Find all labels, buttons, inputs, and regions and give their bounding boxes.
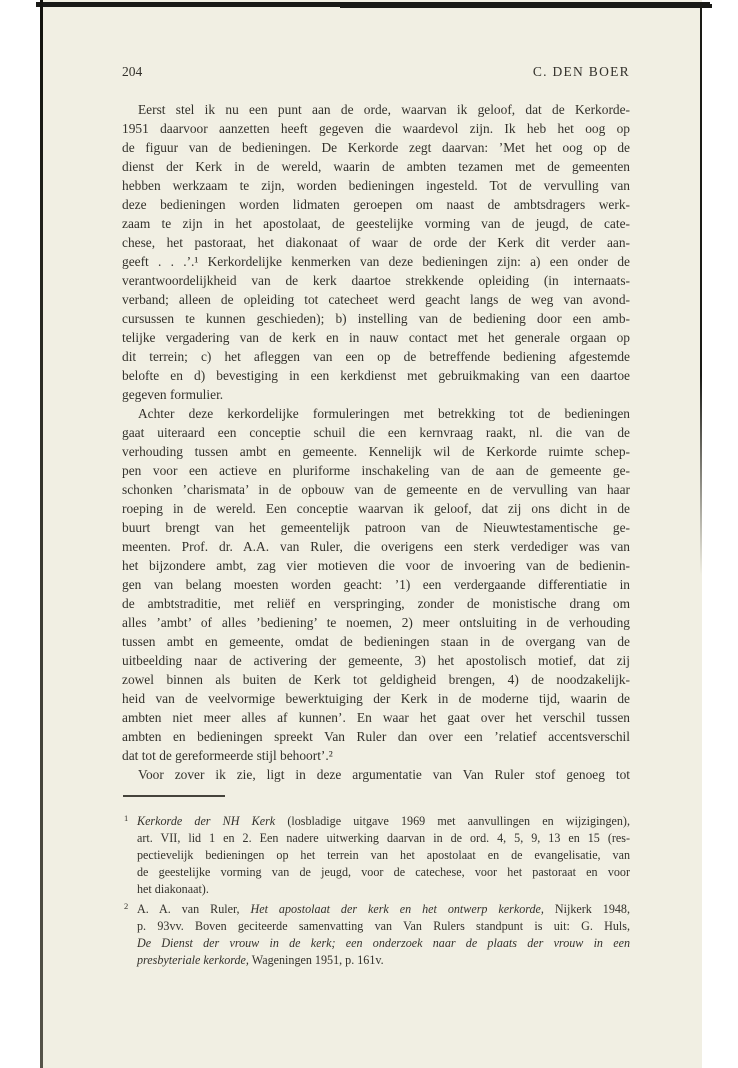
text-line: roeping in de wereld. Een conceptie waar…	[122, 499, 630, 518]
text-line: Voor zover ik zie, ligt in deze argument…	[122, 765, 630, 784]
footnote-text: Nijkerk 1948,	[544, 902, 630, 916]
text-line: zaam te zijn in het apostolaat, de geest…	[122, 214, 630, 233]
text-line: hebben werkzaam te zijn, worden bedienin…	[122, 176, 630, 195]
footnote-text: Wageningen 1951, p. 161v.	[249, 953, 384, 967]
text-line: ambten en bedieningen spreekt Van Ruler …	[122, 727, 630, 746]
text-line: pen voor een actieve en pluriforme insch…	[122, 461, 630, 480]
text-line: dit terrein; c) het afleggen van een op …	[122, 347, 630, 366]
text-line: deze bedieningen worden lidmaten geroepe…	[122, 195, 630, 214]
text-line: verband; alleen de opleiding tot cateche…	[122, 290, 630, 309]
footnote-line: De Dienst der vrouw in de kerk; een onde…	[137, 935, 630, 952]
footnote-line: het diakonaat).	[137, 881, 630, 898]
text-line: buurt brengt van het gemeentelijk patroo…	[122, 518, 630, 537]
text-line: meenten. Prof. dr. A.A. van Ruler, die o…	[122, 537, 630, 556]
footnote-line: 2A. A. van Ruler, Het apostolaat der ker…	[137, 898, 630, 918]
footnote: 2A. A. van Ruler, Het apostolaat der ker…	[122, 898, 630, 969]
paragraph: Voor zover ik zie, ligt in deze argument…	[122, 765, 630, 784]
text-line: ambten niet meer alles af kunnen’. En wa…	[122, 708, 630, 727]
footnote-line: 1Kerkorde der NH Kerk (losbladige uitgav…	[137, 810, 630, 830]
text-line: chese, het pastoraat, het diakonaat of w…	[122, 233, 630, 252]
text-line: alles ’ambt’ of alles ’bediening’ te noe…	[122, 613, 630, 632]
text-line: 1951 daarvoor aanzetten heeft gegeven di…	[122, 119, 630, 138]
footnote-separator	[123, 795, 225, 797]
page-right-edge-shadow	[700, 5, 702, 575]
text-line: gegeven formulier.	[122, 385, 630, 404]
footnotes-section: 1Kerkorde der NH Kerk (losbladige uitgav…	[122, 810, 630, 969]
paragraph: Achter deze kerkordelijke formuleringen …	[122, 404, 630, 765]
text-column: 204 C. DEN BOER Eerst stel ik nu een pun…	[122, 62, 630, 969]
footnote-text-italic: presbyteriale kerkorde,	[137, 953, 249, 967]
text-line: cursussen te kunnen geschieden); b) inst…	[122, 309, 630, 328]
text-line: de ambtstraditie, met reliëf en versprin…	[122, 594, 630, 613]
text-line: zowel binnen als buiten de Kerk tot geld…	[122, 670, 630, 689]
text-line: schonken ’charismata’ in de opbouw van d…	[122, 480, 630, 499]
footnote-text: het diakonaat).	[137, 882, 209, 896]
footnote-text: (losbladige uitgave 1969 met aanvullinge…	[275, 814, 630, 828]
text-line: dienst der Kerk in de wereld, waarin de …	[122, 157, 630, 176]
text-line: gaat uiteraard een conceptie schuil die …	[122, 423, 630, 442]
text-line: Eerst stel ik nu een punt aan de orde, w…	[122, 100, 630, 119]
running-head-author: C. DEN BOER	[533, 62, 630, 82]
footnote-text: A. A. van Ruler,	[137, 902, 251, 916]
footnote-marker: 1	[124, 810, 137, 827]
page-number: 204	[122, 62, 142, 82]
text-line: geeft . . .’.¹ Kerkordelijke kenmerken v…	[122, 252, 630, 271]
body-text: Eerst stel ik nu een punt aan de orde, w…	[122, 100, 630, 784]
text-line: Achter deze kerkordelijke formuleringen …	[122, 404, 630, 423]
footnote: 1Kerkorde der NH Kerk (losbladige uitgav…	[122, 810, 630, 898]
footnote-text-italic: Kerkorde der NH Kerk	[137, 814, 275, 828]
text-line: heid van de veelvormige bewerktuiging de…	[122, 689, 630, 708]
text-line: gen van belang moesten worden geacht: ’1…	[122, 575, 630, 594]
footnote-text: p. 93vv. Boven geciteerde samenvatting v…	[137, 919, 630, 933]
footnote-line: pectievelijk bedieningen op het terrein …	[137, 847, 630, 864]
text-line: verhouding tussen ambt en gemeente. Kenn…	[122, 442, 630, 461]
footnote-text-italic: Het apostolaat der kerk en het ontwerp k…	[251, 902, 544, 916]
footnote-text: pectievelijk bedieningen op het terrein …	[137, 848, 630, 862]
scanned-page: 204 C. DEN BOER Eerst stel ik nu een pun…	[40, 0, 702, 1068]
text-line: belofte en d) bevestiging in een kerkdie…	[122, 366, 630, 385]
text-line: dat tot de gereformeerde stijl behoort’.…	[122, 746, 630, 765]
footnote-text: art. VII, lid 1 en 2. Een nadere uitwerk…	[137, 831, 630, 845]
footnote-line: presbyteriale kerkorde, Wageningen 1951,…	[137, 952, 630, 969]
footnote-marker: 2	[124, 898, 137, 915]
running-head: 204 C. DEN BOER	[122, 62, 630, 82]
page-top-edge-shadow-segment	[340, 4, 712, 8]
text-line: uitbeelding naar de activering der gemee…	[122, 651, 630, 670]
text-line: verantwoordelijkheid van de kerk daartoe…	[122, 271, 630, 290]
text-line: het bijzondere ambt, zag vier motieven d…	[122, 556, 630, 575]
page-left-edge-shadow	[40, 0, 43, 1068]
footnote-text: de geestelijke vorming van de jeugd, voo…	[137, 865, 630, 879]
paragraph: Eerst stel ik nu een punt aan de orde, w…	[122, 100, 630, 404]
footnote-line: p. 93vv. Boven geciteerde samenvatting v…	[137, 918, 630, 935]
footnote-line: de geestelijke vorming van de jeugd, voo…	[137, 864, 630, 881]
footnote-text-italic: De Dienst der vrouw in de kerk; een onde…	[137, 936, 630, 950]
text-line: de figuur van de bedieningen. De Kerkord…	[122, 138, 630, 157]
text-line: tussen ambt en gemeente, omdat de bedien…	[122, 632, 630, 651]
text-line: telijke vergadering van de kerk en in na…	[122, 328, 630, 347]
footnote-line: art. VII, lid 1 en 2. Een nadere uitwerk…	[137, 830, 630, 847]
